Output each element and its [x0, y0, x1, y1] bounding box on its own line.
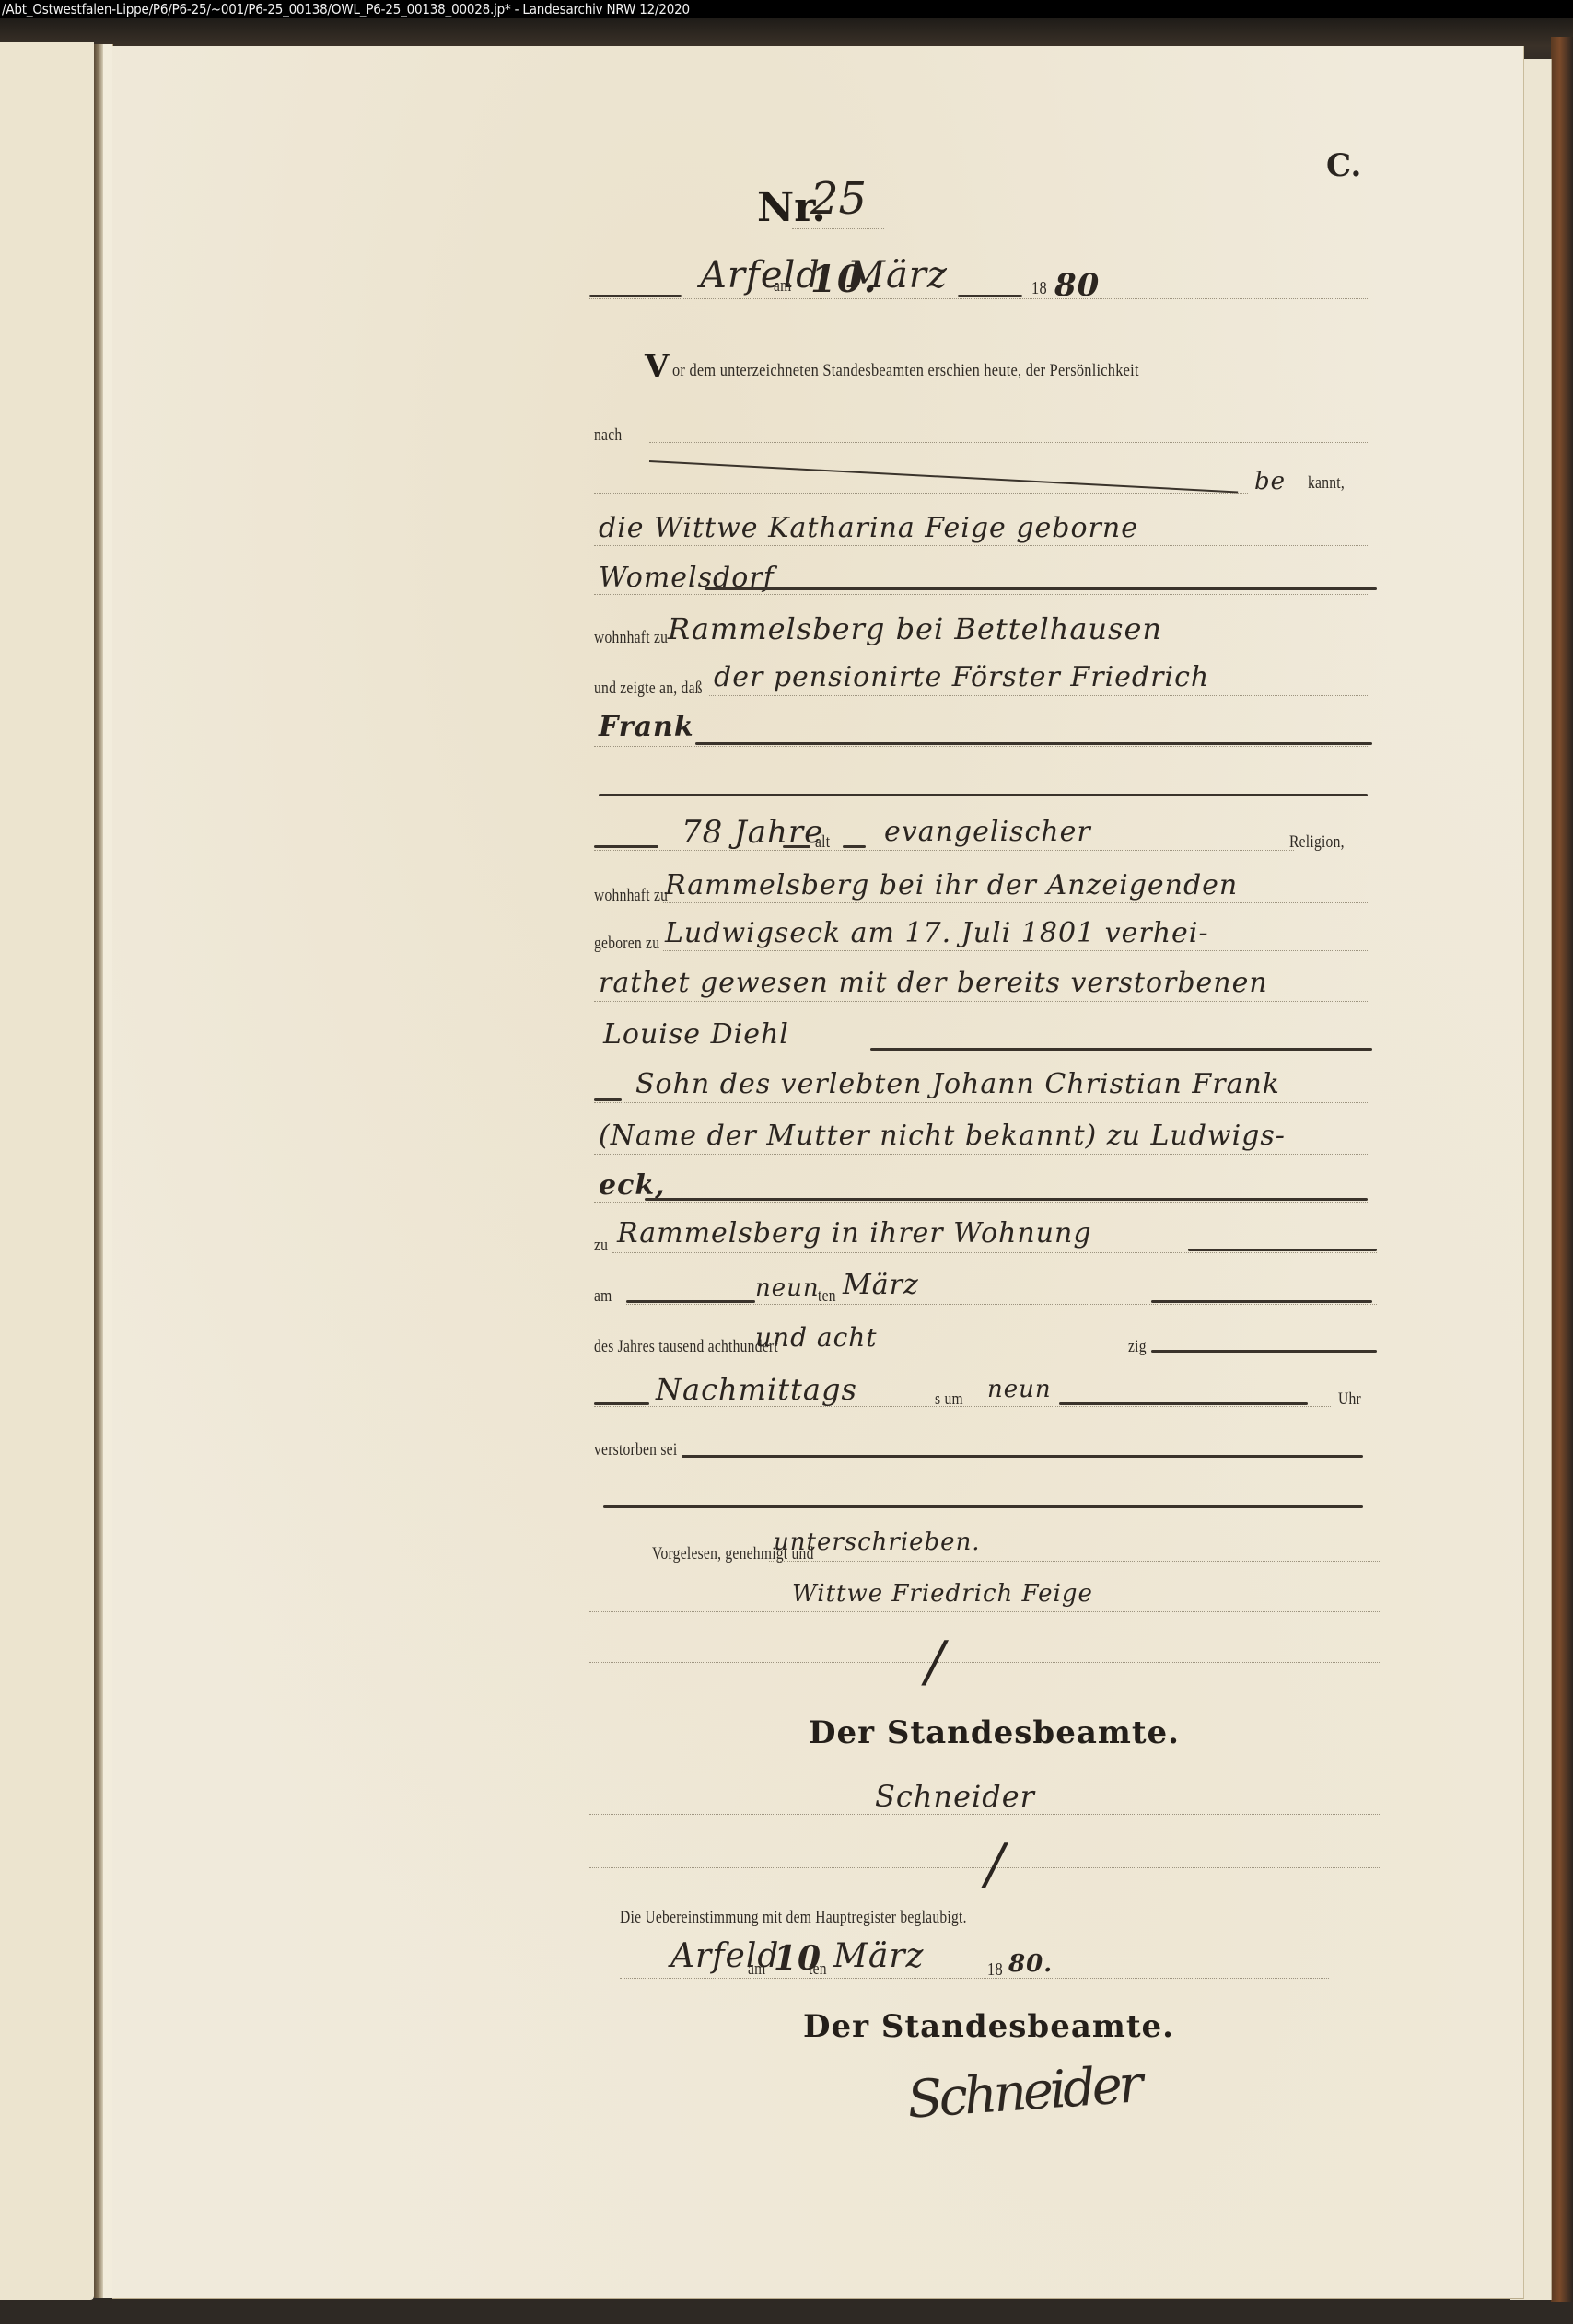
deceased-residence-dotted	[663, 902, 1368, 903]
certification-am: am	[748, 1959, 766, 1980]
certification-text: Die Uebereinstimmung mit dem Hauptregist…	[620, 1908, 967, 1928]
certification-month: März	[833, 1937, 925, 1975]
window-title-bar: /Abt_Ostwestfalen-Lippe/P6/P6-25/~001/P6…	[0, 0, 1573, 18]
read-dotted	[769, 1561, 1381, 1562]
born-label: geboren zu	[594, 934, 659, 954]
header-dotted-line	[589, 298, 1368, 299]
report-dotted-line-1	[709, 695, 1368, 696]
record-number-value: 25	[810, 173, 867, 225]
signer-dotted	[589, 1611, 1381, 1612]
spouse-fill-rule	[870, 1048, 1372, 1051]
verstorben-rule	[682, 1455, 1363, 1458]
header-year-suffix: 80	[1054, 267, 1100, 304]
death-month-rule	[1151, 1300, 1372, 1303]
intro-text: or dem unterzeichneten Standesbeamten er…	[672, 361, 1139, 381]
header-rule-left	[589, 295, 682, 297]
death-place: Rammelsberg in ihrer Wohnung	[617, 1217, 1092, 1249]
section-letter: C.	[1326, 147, 1361, 184]
death-place-fill-rule	[1188, 1249, 1377, 1251]
born-line: Ludwigseck am 17. Juli 1801 verhei-	[665, 917, 1209, 949]
verstorben-label: verstorben sei	[594, 1440, 677, 1460]
uhr-label: Uhr	[1338, 1389, 1361, 1410]
married-line: rathet gewesen mit der bereits verstorbe…	[599, 967, 1268, 999]
deceased-residence: Rammelsberg bei ihr der Anzeigenden	[665, 869, 1238, 901]
header-place: Arfeld	[700, 254, 821, 296]
official-mark: /	[985, 1832, 1004, 1897]
header-year-prefix: 18	[1031, 278, 1047, 299]
header-rule-right	[958, 295, 1022, 297]
signer-mark: /	[926, 1630, 944, 1694]
parents-rule	[594, 1098, 622, 1101]
official-name: Schneider	[875, 1779, 1035, 1814]
death-ten-label: ten	[818, 1286, 836, 1307]
married-dotted	[594, 1001, 1368, 1002]
window-title: /Abt_Ostwestfalen-Lippe/P6/P6-25/~001/P6…	[2, 1, 690, 17]
spouse-line: Louise Diehl	[603, 1018, 789, 1051]
death-month: März	[843, 1269, 919, 1301]
be-handwritten: be	[1254, 468, 1286, 495]
parents-line-1: Sohn des verlebten Johann Christian Fran…	[635, 1068, 1280, 1100]
book-cover-edge	[1551, 37, 1573, 2302]
nach-label: nach	[594, 425, 622, 446]
parents-dotted-3	[594, 1202, 1368, 1203]
number-dotted-line	[792, 228, 884, 229]
informant-dotted-line-2	[594, 594, 1368, 595]
report-line-1: der pensionirte Förster Friedrich	[714, 661, 1209, 693]
informant-residence-label: wohnhaft zu	[594, 628, 668, 648]
death-day-dotted	[626, 1304, 1377, 1305]
religion-rule	[843, 845, 866, 848]
death-place-label: zu	[594, 1236, 608, 1256]
kannt-label: kannt,	[1308, 473, 1345, 494]
signer-mark-dotted	[589, 1662, 1381, 1663]
death-year-words: und acht	[755, 1322, 878, 1353]
alt-label: alt	[815, 832, 830, 853]
informant-line-1: die Wittwe Katharina Feige geborne	[599, 512, 1138, 544]
time-rule-left	[594, 1402, 649, 1405]
zig-label: zig	[1128, 1337, 1147, 1357]
death-year-dotted	[751, 1354, 1377, 1354]
book-gutter	[94, 44, 103, 2298]
left-page	[0, 42, 94, 2300]
parents-dotted-1	[594, 1102, 1368, 1103]
report-full-rule	[599, 794, 1368, 796]
official-dotted	[589, 1814, 1381, 1815]
certification-year-suffix: 80.	[1008, 1950, 1053, 1978]
report-label: und zeigte an, daß	[594, 679, 703, 699]
death-am-label: am	[594, 1286, 612, 1307]
certification-year-prefix: 18	[987, 1959, 1003, 1981]
header-month: März	[847, 254, 948, 296]
bekannt-dotted-line	[594, 493, 1248, 494]
religion-label: Religion,	[1289, 832, 1345, 853]
death-hour: neun	[987, 1376, 1052, 1403]
closing-rule	[603, 1505, 1363, 1508]
death-year-rule	[1151, 1350, 1377, 1353]
informant-residence: Rammelsberg bei Bettelhausen	[668, 611, 1162, 646]
nach-dotted-line	[649, 442, 1368, 443]
born-dotted	[663, 950, 1368, 951]
certification-dotted	[620, 1978, 1329, 1979]
intro-initial: V	[645, 348, 669, 385]
parents-dotted-2	[594, 1154, 1368, 1155]
death-day-rule	[626, 1300, 755, 1303]
time-rule-right	[1059, 1402, 1308, 1405]
header-am-label: am	[774, 276, 792, 296]
death-day: neun	[755, 1274, 820, 1302]
spouse-dotted	[594, 1052, 1368, 1052]
death-time-of-day: Nachmittags	[656, 1372, 857, 1407]
signer-name: Wittwe Friedrich Feige	[792, 1580, 1093, 1608]
deceased-religion: evangelischer	[884, 816, 1091, 848]
official-title-1: Der Standesbeamte.	[809, 1714, 1180, 1751]
read-handwritten: unterschrieben.	[774, 1528, 981, 1556]
certification-ten: ten	[809, 1959, 827, 1980]
informant-dotted-line-1	[594, 545, 1368, 546]
um-label: s um	[935, 1389, 963, 1410]
parents-fill-rule	[645, 1198, 1368, 1201]
age-rule-left	[594, 845, 658, 848]
age-rule-mid	[783, 845, 810, 848]
parents-line-2: (Name der Mutter nicht bekannt) zu Ludwi…	[599, 1120, 1286, 1152]
report-fill-rule	[695, 742, 1372, 745]
official-title-2: Der Standesbeamte.	[803, 2008, 1174, 2045]
death-place-dotted	[612, 1252, 1377, 1253]
report-dotted-line-2	[594, 746, 1368, 747]
deceased-residence-label: wohnhaft zu	[594, 886, 668, 906]
informant-fill-rule	[705, 587, 1377, 590]
deceased-surname: Frank	[599, 711, 694, 743]
parents-line-3: eck,	[599, 1169, 666, 1202]
